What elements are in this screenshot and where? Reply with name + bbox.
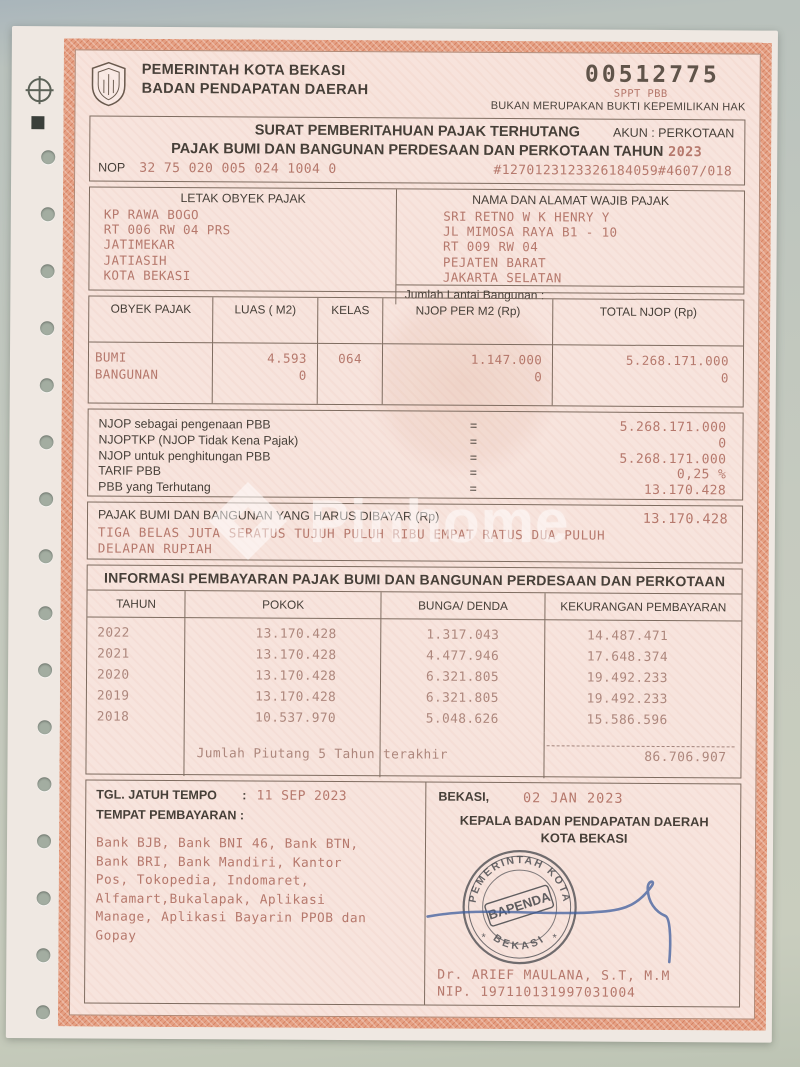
pokok-cell: 13.170.428 [185, 623, 380, 645]
njop-luas-cell: 4.593 0 [213, 343, 318, 404]
njop-m2-bumi: 1.147.000 [383, 350, 542, 368]
registration-cross-icon [28, 78, 52, 102]
issue-date-row: BEKASI, 02 JAN 2023 [438, 790, 730, 808]
njop-kelas-cell: 064 [318, 343, 384, 404]
equals-sign: = [464, 482, 482, 496]
punch-hole [37, 777, 51, 791]
bunga-cell: 1.317.043 [382, 624, 545, 646]
bunga-cell: 6.321.805 [381, 687, 544, 709]
payable-amount: 13.170.428 [643, 511, 728, 528]
due-date-row: TGL. JATUH TEMPO : 11 SEP 2023 [96, 788, 417, 805]
year-cell: 2020 [87, 664, 184, 686]
payment-place-line: Gopay [95, 927, 416, 947]
njop-obyek-cell: BUMI BANGUNAN [89, 342, 214, 403]
agency-line1: PEMERINTAH KOTA BEKASI [142, 61, 369, 81]
amount-payable-box: PAJAK BUMI DAN BANGUNAN YANG HARUS DIBAY… [87, 501, 743, 563]
amount-in-words-line2: DELAPAN RUPIAH [98, 541, 732, 561]
location-header: LETAK OBYEK PAJAK [96, 191, 390, 207]
punch-hole [39, 435, 53, 449]
due-date-value: 11 SEP 2023 [256, 789, 347, 805]
nop-label: NOP [98, 161, 125, 175]
assessment-value: 0 [482, 435, 732, 452]
bunga-cell: 4.477.946 [381, 645, 544, 667]
reference-code: #1270123123326184059#4607/018 [494, 163, 733, 179]
continuous-form-paper: PEMERINTAH KOTA BEKASI BADAN PENDAPATAN … [6, 26, 778, 1043]
equals-sign: = [464, 435, 482, 449]
pokok-column: 13.170.428 13.170.428 13.170.428 13.170.… [185, 618, 382, 731]
njop-col-header: LUAS ( M2) [213, 297, 318, 343]
signature-mark [419, 855, 750, 977]
payment-col-header: BUNGA/ DENDA [382, 592, 546, 620]
photo-of-sppt-document: { "colors":{"paper_pink":"#f6e1da","bord… [0, 0, 800, 1067]
payment-place-label: TEMPAT PEMBAYARAN : [96, 808, 417, 824]
bunga-cell: 6.321.805 [381, 666, 544, 688]
document-title: SURAT PEMBERITAHUAN PAJAK TERHUTANG [255, 122, 580, 140]
assessment-label: TARIF PBB [98, 464, 464, 480]
njop-col-header: NJOP PER M2 (Rp) [383, 298, 553, 345]
payment-col-header: TAHUN [87, 590, 185, 618]
assessment-label: PBB yang Terhutang [98, 480, 464, 496]
serial-caption: SPPT PBB [614, 88, 668, 100]
punch-hole [38, 663, 52, 677]
location-line: KP RAWA BOGO [96, 207, 390, 224]
ownership-disclaimer: BUKAN MERUPAKAN BUKTI KEPEMILIKAN HAK [491, 100, 746, 114]
njop-col-header: OBYEK PAJAK [89, 296, 214, 342]
signer-nip: NIP. 197110131997031004 [437, 985, 636, 1001]
bekasi-emblem-icon [90, 60, 128, 106]
njop-total-cell: 5.268.171.000 0 [553, 345, 743, 407]
due-date-colon: : [242, 788, 246, 803]
equals-sign: = [464, 466, 482, 480]
nop-value: 32 75 020 005 024 1004 0 [139, 161, 337, 177]
payment-info-header-row: TAHUN POKOK BUNGA/ DENDA KEKURANGAN PEMB… [87, 590, 741, 621]
punch-hole [39, 492, 53, 506]
pokok-cell: 13.170.428 [185, 686, 380, 708]
kekurangan-cell: 19.492.233 [545, 667, 741, 689]
kekurangan-cell: 14.487.471 [545, 625, 741, 647]
kekurangan-cell: 15.586.596 [544, 709, 740, 731]
signature-cell: BEKASI, 02 JAN 2023 KEPALA BADAN PENDAPA… [425, 783, 740, 1007]
payment-place-cell: TGL. JATUH TEMPO : 11 SEP 2023 TEMPAT PE… [85, 780, 426, 1004]
punch-hole [41, 207, 55, 221]
assessment-value: 0,25 % [482, 466, 732, 483]
form-header: PEMERINTAH KOTA BEKASI BADAN PENDAPATAN … [89, 60, 745, 114]
punch-hole [38, 606, 52, 620]
issue-city-label: BEKASI, [438, 790, 489, 806]
location-line: JATIMEKAR [96, 237, 390, 254]
payment-place-line: Manage, Aplikasi Bayarin PPOB dan [95, 909, 416, 929]
assessment-box: NJOP sebagai pengenaan PBB = 5.268.171.0… [87, 408, 744, 500]
equals-sign: = [464, 450, 482, 464]
location-line: RT 006 RW 04 PRS [96, 222, 390, 239]
serial-number: 00512775 [585, 64, 720, 88]
official-title-line2: KOTA BEKASI [438, 829, 730, 847]
payment-col-header: POKOK [185, 591, 381, 619]
sppt-form: PEMERINTAH KOTA BEKASI BADAN PENDAPATAN … [58, 38, 772, 1030]
year-cell: 2022 [87, 622, 184, 644]
issue-date-value: 02 JAN 2023 [523, 790, 624, 807]
payment-info-footer-row: Jumlah Piutang 5 Tahun terakhir 86.706.9… [86, 729, 740, 779]
njop-per-m2-cell: 1.147.000 0 [383, 344, 553, 406]
kekurangan-column: 14.487.471 17.648.374 19.492.233 19.492.… [544, 620, 741, 733]
payment-place-line: Pos, Tokopedia, Indomaret, [96, 872, 417, 892]
punch-hole [41, 150, 55, 164]
agency-name: PEMERINTAH KOTA BEKASI BADAN PENDAPATAN … [142, 61, 369, 100]
assessment-value: 5.268.171.000 [483, 419, 733, 436]
punch-hole [40, 264, 54, 278]
form-body: PEMERINTAH KOTA BEKASI BADAN PENDAPATAN … [69, 49, 761, 1019]
punch-hole [37, 891, 51, 905]
kekurangan-cell: 19.492.233 [545, 688, 741, 710]
payable-label: PAJAK BUMI DAN BANGUNAN YANG HARUS DIBAY… [98, 508, 732, 526]
equals-sign: = [465, 419, 483, 433]
punch-hole [40, 321, 54, 335]
location-line: JATIASIH [96, 252, 390, 269]
taxpayer-header: NAMA DAN ALAMAT WAJIB PAJAK [397, 192, 744, 208]
payment-place-line: Bank BJB, Bank BNI 46, Bank BTN, [96, 835, 417, 855]
assessment-label: NJOPTKP (NJOP Tidak Kena Pajak) [98, 432, 464, 448]
footer-total-label-cell: Jumlah Piutang 5 Tahun terakhir [185, 730, 381, 777]
dashed-rule [546, 745, 734, 747]
obyek-bangunan: BANGUNAN [95, 365, 212, 383]
total-bangunan: 0 [553, 368, 729, 386]
footer-year-cell [86, 729, 184, 776]
payment-place-list: Bank BJB, Bank BNI 46, Bank BTN, Bank BR… [95, 835, 417, 948]
njop-col-header: KELAS [318, 298, 384, 344]
njop-table: OBYEK PAJAK LUAS ( M2) KELAS NJOP PER M2… [88, 295, 745, 407]
year-cell: 2019 [87, 685, 184, 707]
obyek-bumi: BUMI [95, 348, 212, 366]
punch-hole [36, 1005, 50, 1019]
object-location-column: LETAK OBYEK PAJAK KP RAWA BOGO RT 006 RW… [89, 187, 397, 304]
punch-hole [37, 834, 51, 848]
total-receivable-label: Jumlah Piutang 5 Tahun terakhir [197, 746, 448, 763]
year-column: 2022 2021 2020 2019 2018 [87, 617, 186, 730]
njop-m2-bangunan: 0 [383, 367, 542, 385]
akun-type: AKUN : PERKOTAAN [613, 126, 734, 141]
due-date-label: TGL. JATUH TEMPO [96, 788, 242, 804]
assessment-label: NJOP sebagai pengenaan PBB [99, 417, 465, 433]
nop-row: NOP 32 75 020 005 024 1004 0 #1270123123… [98, 161, 736, 180]
taxpayer-column: NAMA DAN ALAMAT WAJIB PAJAK SRI RETNO W … [397, 189, 744, 306]
assessment-row: PBB yang Terhutang = 13.170.428 [98, 480, 732, 500]
payment-info-body: 2022 2021 2020 2019 2018 13.170.428 13.1… [87, 617, 742, 733]
punch-hole [39, 549, 53, 563]
bunga-cell: 5.048.626 [381, 708, 544, 730]
location-line: KOTA BEKASI [95, 267, 389, 284]
assessment-value: 5.268.171.000 [482, 450, 732, 467]
assessment-label: NJOP untuk penghitungan PBB [98, 448, 464, 464]
year-cell: 2018 [87, 706, 184, 728]
payment-info-table: INFORMASI PEMBAYARAN PAJAK BUMI DAN BANG… [85, 564, 742, 778]
agency-line2: BADAN PENDAPATAN DAERAH [142, 80, 369, 100]
pokok-cell: 13.170.428 [185, 665, 380, 687]
footer-box: TGL. JATUH TEMPO : 11 SEP 2023 TEMPAT PE… [84, 779, 741, 1007]
document-subtitle: PAJAK BUMI DAN BANGUNAN PERDESAAN DAN PE… [171, 141, 663, 160]
njop-col-header: TOTAL NJOP (Rp) [553, 299, 743, 346]
punch-hole [36, 948, 50, 962]
document-title-row: SURAT PEMBERITAHUAN PAJAK TERHUTANG AKUN… [98, 122, 736, 142]
assessment-value: 13.170.428 [482, 482, 732, 499]
footer-total-value-cell: 86.706.907 [544, 732, 740, 779]
title-box: SURAT PEMBERITAHUAN PAJAK TERHUTANG AKUN… [89, 115, 745, 185]
black-square-mark [31, 116, 44, 129]
kelas-bumi: 064 [318, 349, 382, 366]
total-receivable-value: 86.706.907 [544, 749, 740, 765]
payment-place-line: Alfamart,Bukalapak, Aplikasi [96, 890, 417, 910]
luas-bangunan: 0 [213, 366, 307, 384]
punch-hole [38, 720, 52, 734]
payment-place-line: Bank BRI, Bank Mandiri, Kantor [96, 853, 417, 873]
total-bumi: 5.268.171.000 [553, 351, 729, 369]
luas-bumi: 4.593 [213, 349, 307, 367]
pokok-cell: 13.170.428 [185, 644, 380, 666]
kekurangan-cell: 17.648.374 [545, 646, 741, 668]
document-subtitle-row: PAJAK BUMI DAN BANGUNAN PERDESAAN DAN PE… [98, 141, 736, 161]
tax-year: 2023 [668, 144, 702, 160]
payment-col-header: KEKURANGAN PEMBAYARAN [545, 593, 741, 621]
object-taxpayer-box: LETAK OBYEK PAJAK KP RAWA BOGO RT 006 RW… [88, 186, 745, 294]
serial-block: 00512775 SPPT PBB BUKAN MERUPAKAN BUKTI … [491, 63, 746, 114]
official-title-line1: KEPALA BADAN PENDAPATAN DAERAH [438, 813, 730, 831]
pokok-cell: 10.537.970 [185, 707, 380, 729]
bunga-denda-column: 1.317.043 4.477.946 6.321.805 6.321.805 … [381, 619, 545, 732]
punch-hole [40, 378, 54, 392]
year-cell: 2021 [87, 643, 184, 665]
official-title: KEPALA BADAN PENDAPATAN DAERAH KOTA BEKA… [438, 813, 730, 848]
